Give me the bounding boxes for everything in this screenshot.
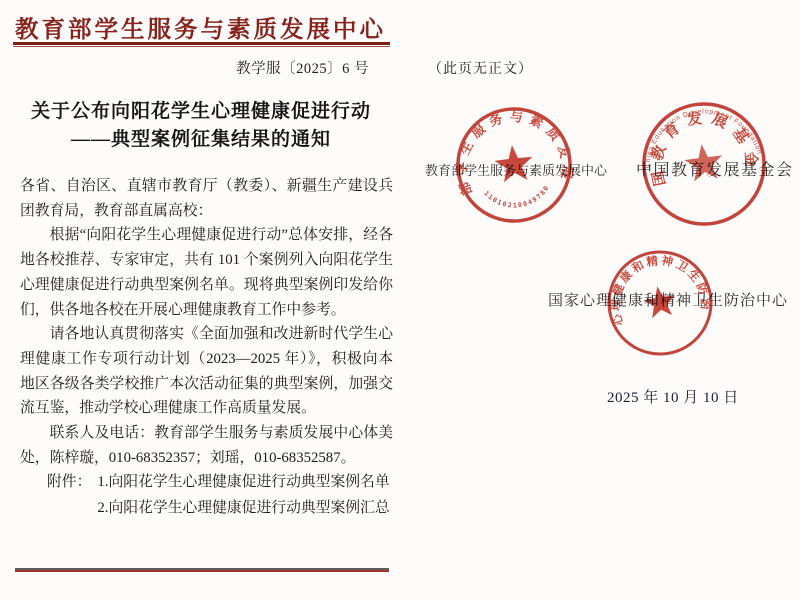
star-icon [683,142,725,183]
attachments-label: 附件： [47,470,91,496]
star-icon [641,284,678,319]
contact-paragraph: 联系人及电话：教育部学生服务与素质发展中心体美处，陈梓璇，010-6835235… [20,421,393,470]
doc-title: 关于公布向阳花学生心理健康促进行动 ——典型案例征集结果的通知 [0,98,402,154]
doc-title-line2: ——典型案例征集结果的通知 [0,126,402,154]
document-scan: 教育部学生服务与素质发展中心 教学服〔2025〕6 号 关于公布向阳花学生心理健… [0,0,800,600]
letterhead-title: 教育部学生服务与素质发展中心 [15,10,392,44]
official-seal-icon: China Education Development Foundation 中… [632,92,777,237]
seal-serial-code: 11010210049780 [482,183,553,213]
official-seal-icon: 国家心理健康和精神卫生防治中心 [597,240,723,366]
salutation-paragraph: 各省、自治区、直辖市教育厅（教委）、新疆生产建设兵团教育局，教育部直属高校： [20,174,393,223]
body-paragraph: 请各地认真贯彻落实《全面加强和改进新时代学生心理健康工作专项行动计划（2023—… [20,322,393,421]
doc-title-line1: 关于公布向阳花学生心理健康促进行动 [0,98,402,126]
body-paragraph: 根据“向阳花学生心理健康促进行动”总体安排，经各地各校推荐、专家审定，共有 10… [20,223,393,322]
no-main-text-note: （此页无正文） [428,58,533,78]
attachment-item: 1.向阳花学生心理健康促进行动典型案例名单 [97,470,389,496]
body-text: 各省、自治区、直辖市教育厅（教委）、新疆生产建设兵团教育局，教育部直属高校： 根… [20,174,393,470]
letterhead-rule [13,42,390,47]
attachments-list: 1.向阳花学生心理健康促进行动典型案例名单 2.向阳花学生心理健康促进行动典型案… [97,470,389,521]
attachment-item: 2.向阳花学生心理健康促进行动典型案例汇总 [97,496,389,522]
official-seal-icon: 教育部学生服务与素质发展中心 11010210049780 [448,99,580,231]
attachments-block: 附件： 1.向阳花学生心理健康促进行动典型案例名单 2.向阳花学生心理健康促进行… [47,470,393,521]
svg-text:11010210049780: 11010210049780 [482,183,553,213]
star-icon [493,143,535,183]
signature-date: 2025 年 10 月 10 日 [607,386,739,407]
page-footer-rule [15,568,389,572]
doc-number: 教学服〔2025〕6 号 [0,57,369,78]
